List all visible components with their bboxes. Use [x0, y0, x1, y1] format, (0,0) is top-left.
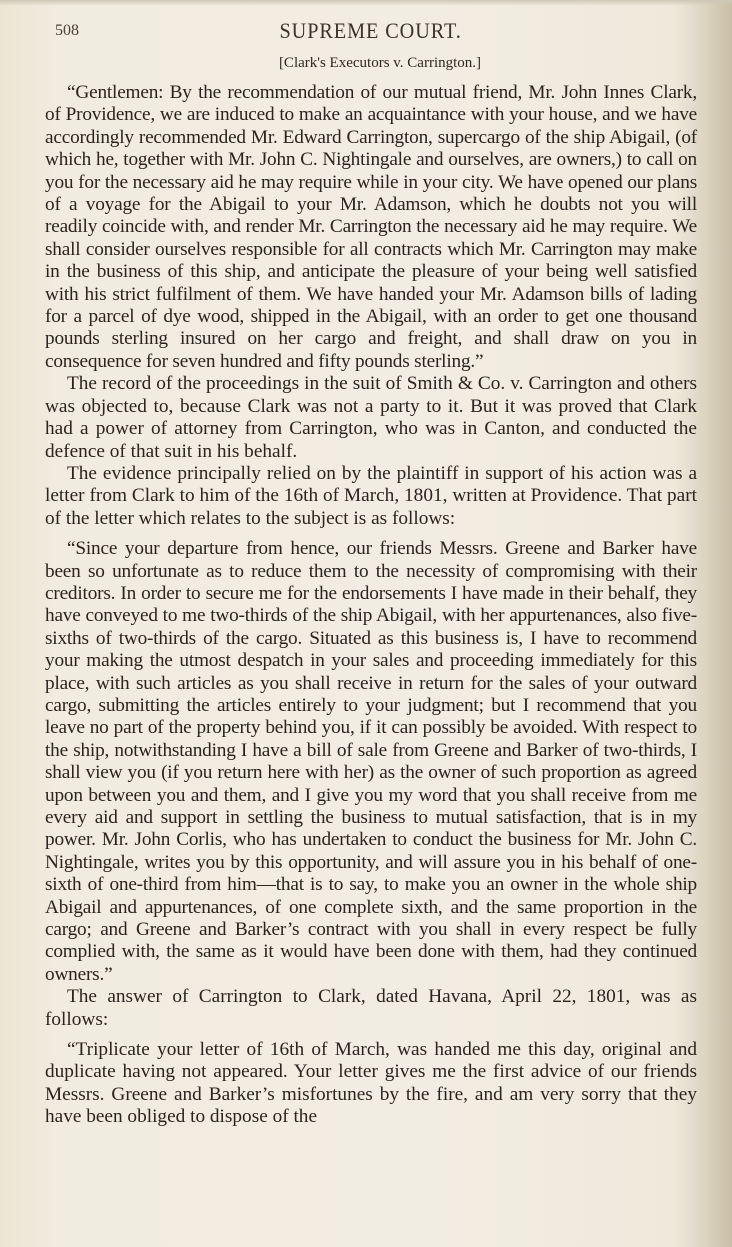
- paragraph-record-of-proceedings: The record of the proceedings in the sui…: [45, 373, 697, 463]
- page-top-edge: [0, 0, 732, 6]
- paragraph-letter-triplicate: “Triplicate your letter of 16th of March…: [45, 1039, 697, 1129]
- paragraph-answer-of-carrington: The answer of Carrington to Clark, dated…: [45, 986, 697, 1031]
- body-text: “Gentlemen: By the recommendation of our…: [45, 82, 697, 1129]
- book-page: 508 SUPREME COURT. [Clark's Executors v.…: [0, 0, 732, 1247]
- running-title: SUPREME COURT.: [29, 18, 702, 44]
- case-title: [Clark's Executors v. Carrington.]: [0, 55, 732, 72]
- paragraph-letter-gentlemen: “Gentlemen: By the recommendation of our…: [45, 82, 697, 373]
- running-head: 508 SUPREME COURT.: [0, 16, 732, 46]
- paragraph-evidence-relied-on: The evidence principally relied on by th…: [45, 463, 697, 530]
- paragraph-letter-since-departure: “Since your departure from hence, our fr…: [45, 538, 697, 986]
